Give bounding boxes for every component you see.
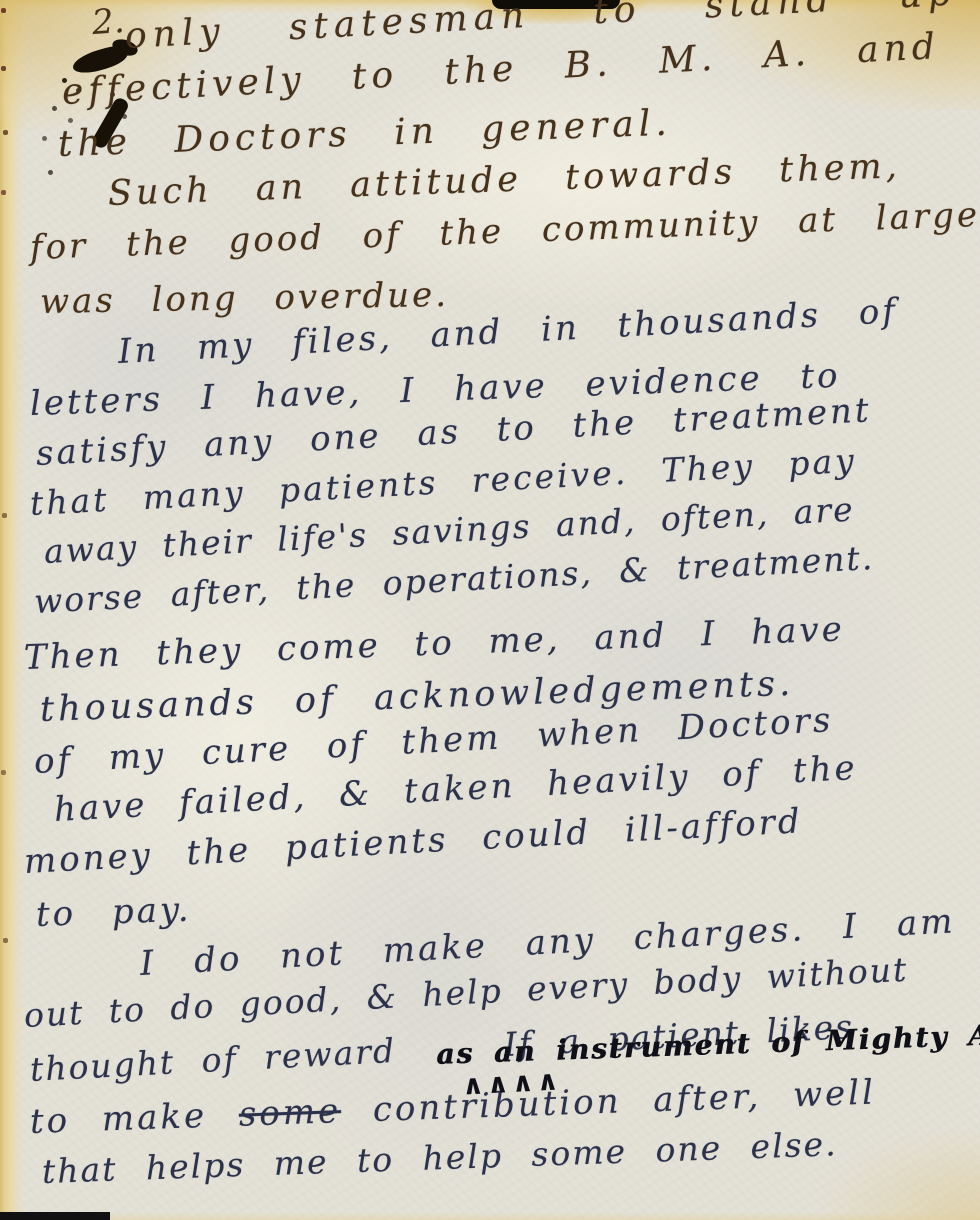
handwriting-text: was long overdue. (40, 275, 450, 322)
paper-edge-left (0, 0, 26, 1220)
paper-edge-specks (1, 8, 6, 13)
handwriting-text: thought of reward (29, 1031, 397, 1089)
manuscript-page: 2. only statesman to stand upeffectively… (0, 0, 980, 1220)
handwriting-line: was long overdue. (40, 275, 450, 322)
struck-word: some (238, 1091, 342, 1135)
paper-corner-bottom-right (820, 1130, 980, 1220)
handwriting-text: to make (29, 1095, 239, 1142)
handwriting-line: to pay. (35, 890, 192, 935)
page-number: 2. (91, 1, 126, 43)
paper-edge-bottom (0, 1212, 980, 1220)
insertion-caret-marks: ∧∧∧∧ (461, 1065, 562, 1101)
handwriting-text: contribution after, well (340, 1072, 876, 1131)
scan-artifact-bottom (0, 1212, 110, 1220)
handwriting-text: to pay. (35, 890, 192, 935)
